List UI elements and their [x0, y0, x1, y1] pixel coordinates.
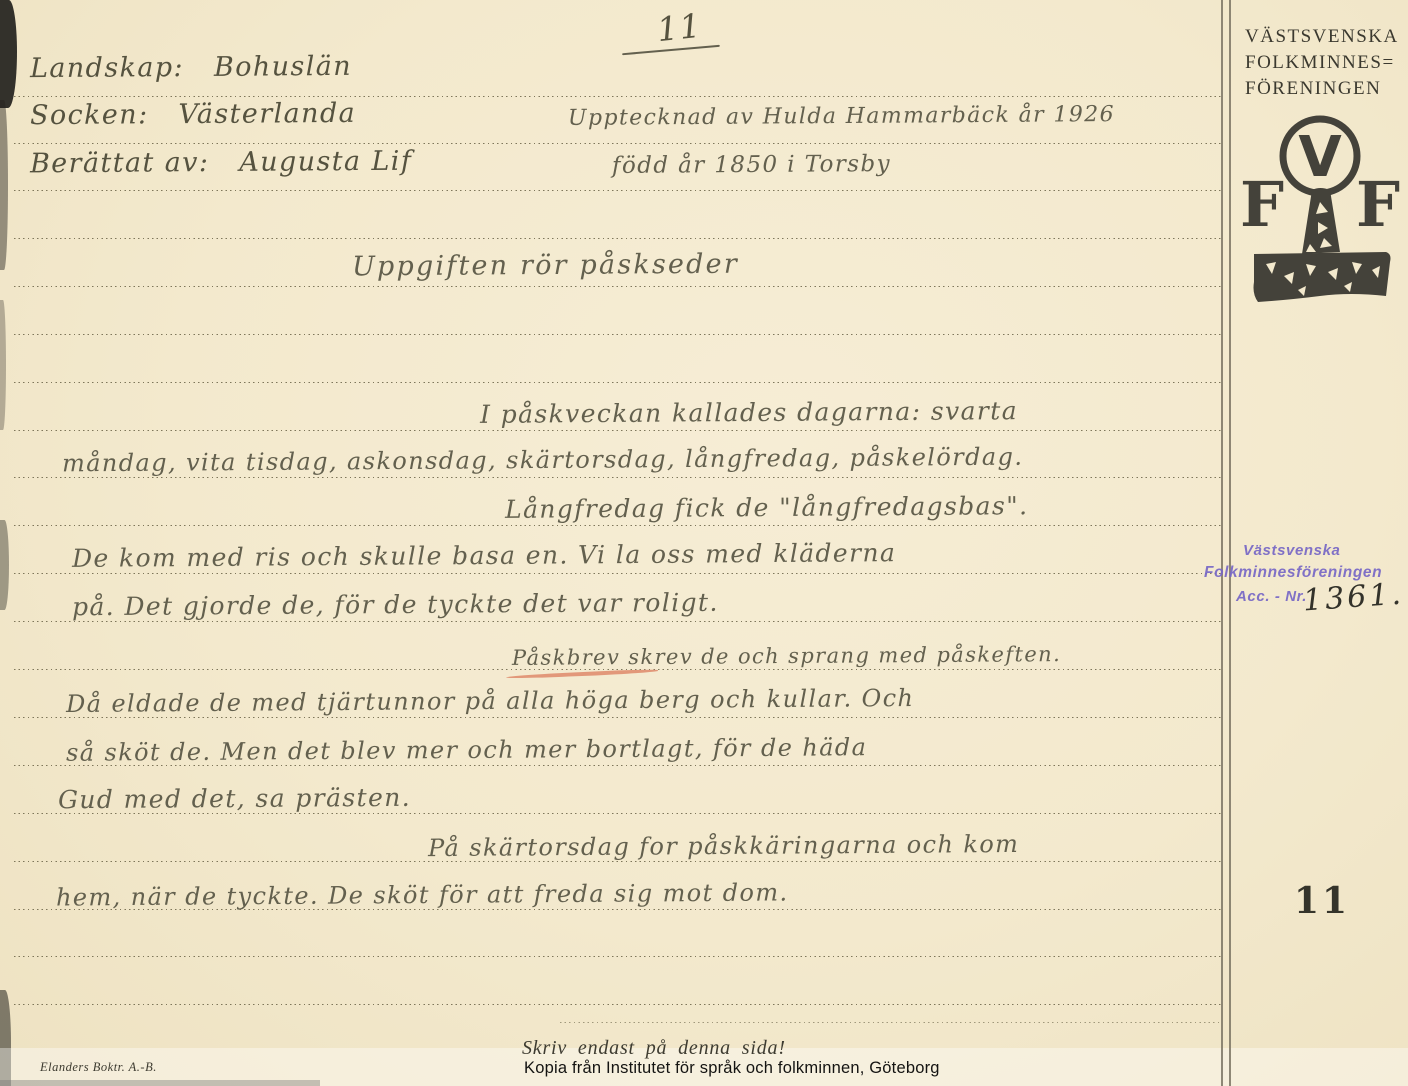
ruled-line [14, 525, 1222, 527]
field-fodd: född år 1850 i Torsby [612, 151, 891, 179]
sidebar-rule-left [1221, 0, 1223, 1086]
ruled-line [14, 477, 1222, 479]
field-socken: Socken: Västerlanda [30, 98, 356, 131]
ruled-line [14, 238, 1222, 240]
ruled-line [14, 382, 1222, 384]
handwriting-line: Långfredag fick de "långfredagsbas". [505, 491, 1029, 524]
field-berattat: Berättat av: Augusta Lif [30, 146, 412, 180]
landskap-label: Landskap: [30, 52, 184, 84]
handwriting-line: så sköt de. Men det blev mer och mer bor… [66, 733, 868, 767]
field-landskap: Landskap: Bohuslän [30, 51, 352, 84]
copy-caption: Kopia från Institutet för språk och folk… [524, 1059, 940, 1078]
stamp-acc-number: 1361. [1302, 577, 1405, 619]
org-name-line3: FÖRENINGEN [1245, 78, 1381, 100]
berattat-value: Augusta Lif [239, 146, 412, 178]
logo-letter-f-left: F [1240, 168, 1284, 241]
scan-edge-artifact [0, 100, 8, 270]
handwriting-line: På skärtorsdag for påskkäringarna och ko… [428, 830, 1019, 862]
ruled-line [14, 334, 1222, 336]
logo-letter-v: V [1298, 125, 1342, 190]
org-name-line2: FOLKMINNES= [1245, 52, 1395, 74]
margin-page-number: 11 [1294, 880, 1350, 922]
berattat-label: Berättat av: [30, 147, 210, 179]
scan-edge-artifact [0, 300, 6, 430]
handwriting-line: I påskveckan kallades dagarna: svarta [480, 396, 1018, 429]
handwriting-line: på. Det gjorde de, för de tyckte det var… [72, 588, 719, 622]
handwritten-page-number: 11 [655, 6, 704, 49]
scan-edge-artifact [0, 520, 9, 610]
write-only-instruction: Skriv endast på denna sida! [522, 1037, 786, 1060]
ruled-line [14, 956, 1222, 958]
scanned-document-page: 11 Landskap: Bohuslän Socken: Västerland… [0, 0, 1408, 1086]
ruled-line [14, 286, 1222, 288]
ruled-line [14, 430, 1222, 432]
stamp-org-line1: Västsvenska [1243, 542, 1341, 559]
field-upptecknad: Upptecknad av Hulda Hammarbäck år 1926 [568, 102, 1115, 131]
ruled-line [14, 1004, 1222, 1006]
handwriting-line: måndag, vita tisdag, askonsdag, skärtors… [62, 443, 1024, 478]
handwriting-line: Påskbrev skrev de och sprang med påskeft… [512, 642, 1061, 670]
logo-letter-f-right: F [1356, 168, 1400, 241]
socken-label: Socken: [30, 99, 149, 131]
stamp-acc-label: Acc. - Nr. [1236, 588, 1307, 605]
scan-edge-artifact [0, 0, 17, 108]
sidebar-rule-right [1229, 0, 1231, 1086]
ruled-line [14, 573, 1222, 575]
ruled-line [14, 190, 1222, 192]
socken-value: Västerlanda [178, 98, 356, 130]
handwriting-line: De kom med ris och skulle basa en. Vi la… [72, 538, 896, 573]
handwriting-line: Gud med det, sa prästen. [58, 783, 411, 814]
landskap-value: Bohuslän [214, 51, 352, 83]
ruled-line [14, 621, 1222, 623]
ruled-line [14, 96, 1222, 98]
ruled-line [560, 1022, 1222, 1024]
printer-imprint: Elanders Boktr. A.-B. [40, 1060, 157, 1075]
handwriting-line: hem, när de tyckte. De sköt för att fred… [56, 878, 789, 911]
thors-hammer-logo-icon: V F F [1240, 104, 1400, 334]
handwriting-line: Då eldade de med tjärtunnor på alla höga… [66, 684, 915, 718]
section-heading: Uppgiften rör påskseder [352, 249, 739, 283]
ruled-line [14, 861, 1222, 863]
org-name-line1: VÄSTSVENSKA [1245, 26, 1399, 48]
ruled-line [14, 143, 1222, 145]
